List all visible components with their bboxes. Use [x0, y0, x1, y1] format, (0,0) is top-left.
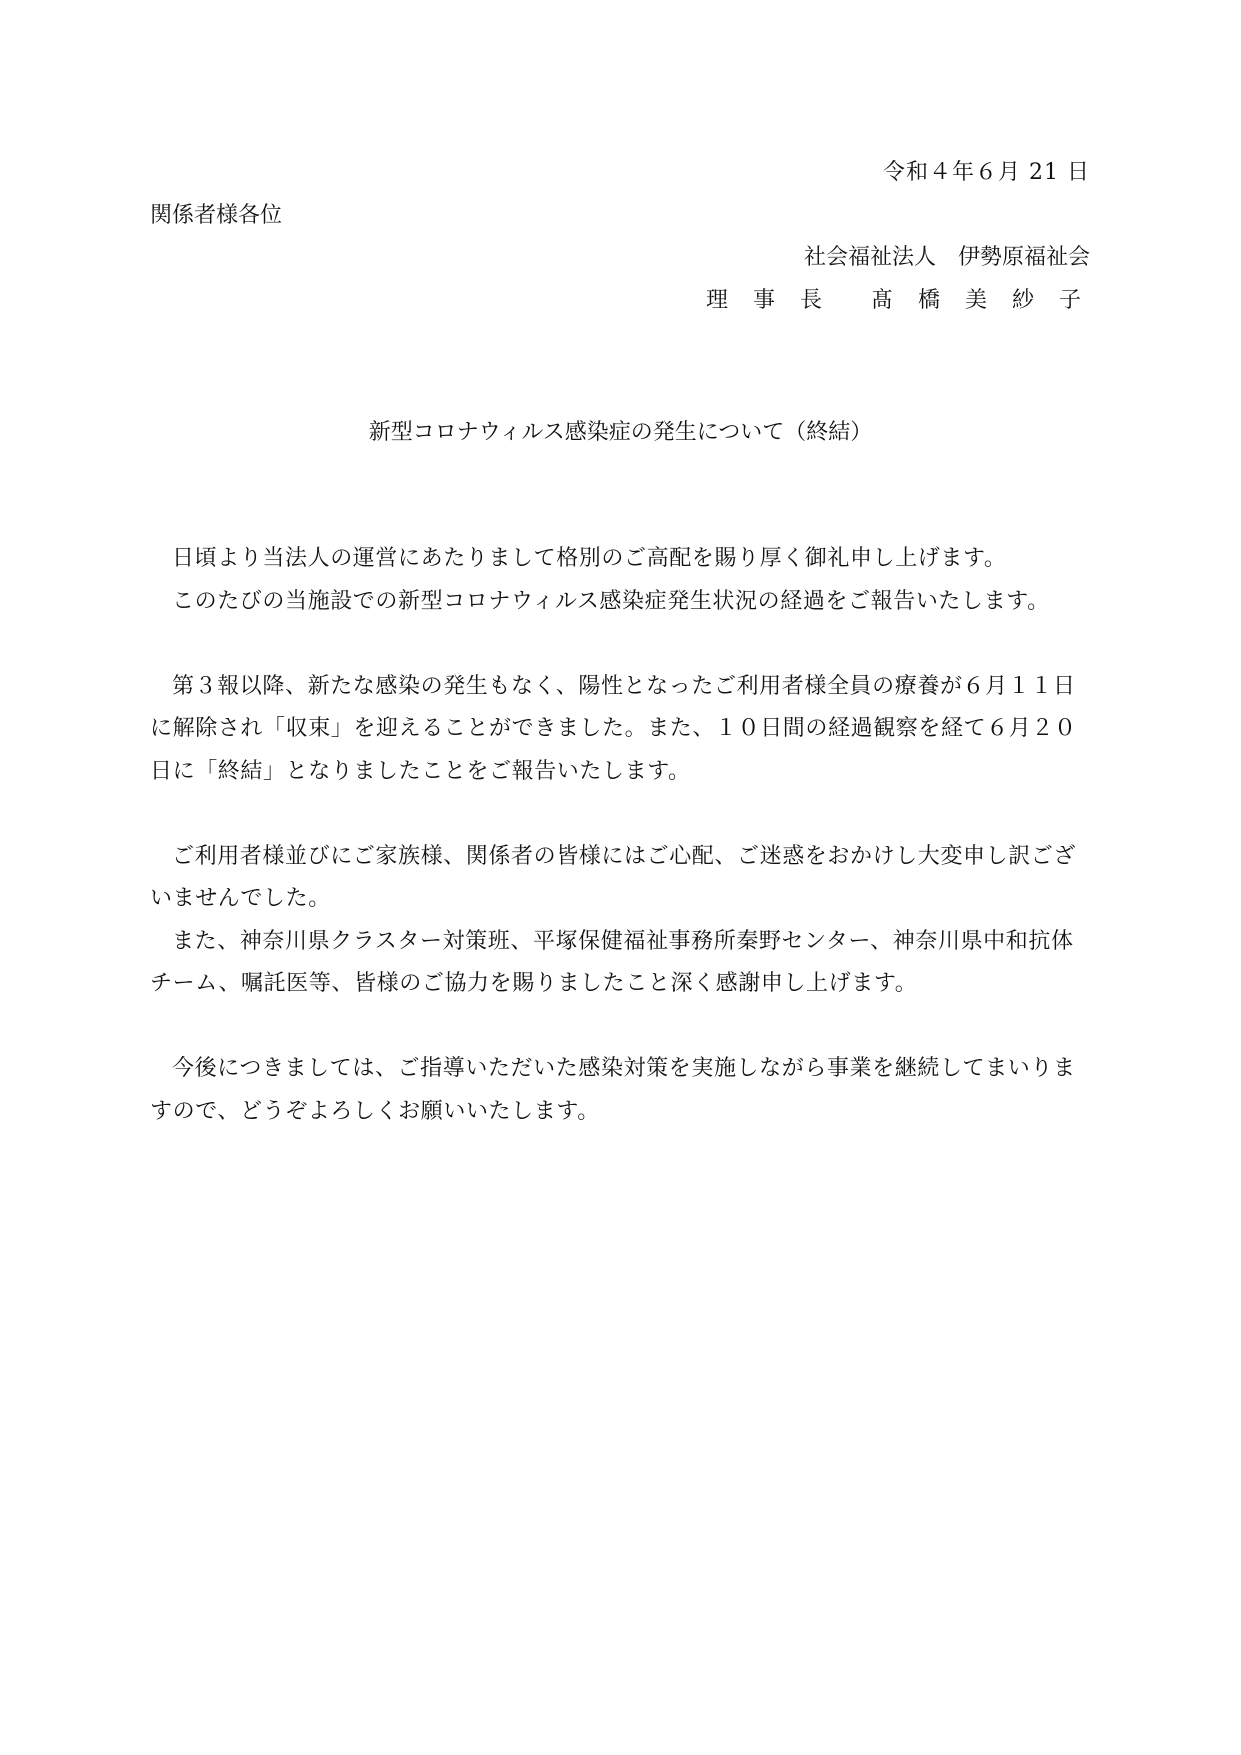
- paragraph-spacer: [150, 623, 1094, 666]
- paragraph-intro: このたびの当施設での新型コロナウィルス感染症発生状況の経過をご報告いたします。: [150, 581, 1094, 624]
- paragraph-apology: ご利用者様並びにご家族様、関係者の皆様にはご心配、ご迷惑をおかけし大変申し訳ござ…: [150, 836, 1094, 921]
- paragraph-thanks: また、神奈川県クラスター対策班、平塚保健福祉事務所秦野センター、神奈川県中和抗体…: [150, 921, 1094, 1006]
- chair-title: 理 事 長: [706, 288, 831, 313]
- document-title: 新型コロナウィルス感染症の発生について（終結）: [0, 415, 1241, 446]
- paragraph-spacer: [150, 1006, 1094, 1049]
- organization-name: 社会福祉法人 伊勢原福祉会: [804, 240, 1090, 271]
- paragraph-greeting: 日頃より当法人の運営にあたりまして格別のご高配を賜り厚く御礼申し上げます。: [150, 538, 1094, 581]
- document-body: 日頃より当法人の運営にあたりまして格別のご高配を賜り厚く御礼申し上げます。 この…: [150, 538, 1094, 1133]
- chairperson-line: 理 事 長髙 橋 美 紗 子: [706, 283, 1090, 314]
- recipient-line: 関係者様各位: [150, 198, 282, 229]
- paragraph-spacer: [150, 793, 1094, 836]
- chair-name: 髙 橋 美 紗 子: [871, 288, 1090, 313]
- document-date: 令和４年６月 21 日: [883, 155, 1090, 186]
- paragraph-closing: 今後につきましては、ご指導いただいた感染対策を実施しながら事業を継続してまいりま…: [150, 1048, 1094, 1133]
- paragraph-status: 第３報以降、新たな感染の発生もなく、陽性となったご利用者様全員の療養が６月１１日…: [150, 666, 1094, 794]
